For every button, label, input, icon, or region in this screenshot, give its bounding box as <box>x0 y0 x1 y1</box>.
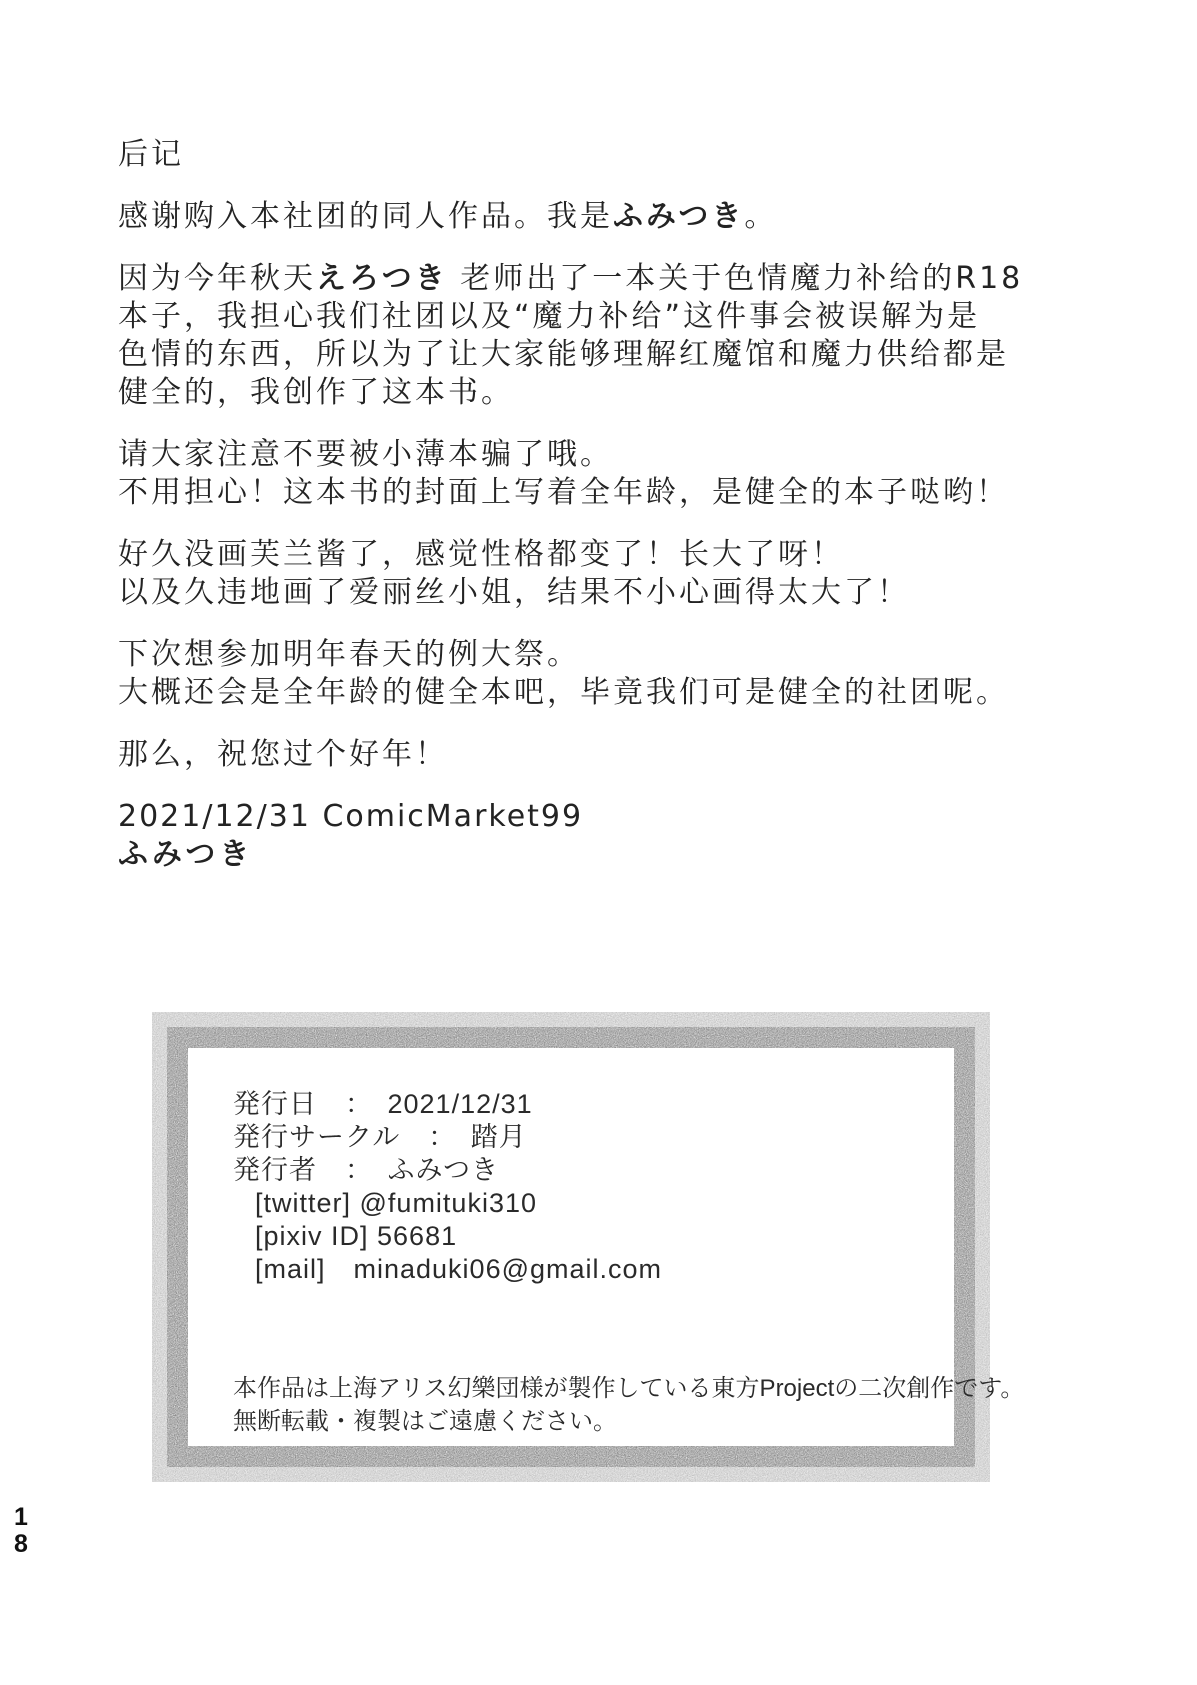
signoff-date-event: 2021/12/31 ComicMarket99 <box>118 798 1038 836</box>
closing-paragraph: 那么，祝您过个好年！ <box>118 736 1038 774</box>
future-paragraph: 下次想参加明年春天的例大祭。 大概还会是全年龄的健全本吧，毕竟我们可是健全的社团… <box>118 636 1038 712</box>
reason-paragraph: 因为今年秋天えろつき 老师出了一本关于色情魔力补给的R18 本子，我担心我们社团… <box>118 260 1038 412</box>
reason-line4: 健全的，我创作了这本书。 <box>118 374 1038 412</box>
future-line2: 大概还会是全年龄的健全本吧，毕竟我们可是健全的社团呢。 <box>118 674 1038 712</box>
colophon-inner-panel: 発行日 ： 2021/12/31 発行サークル ： 踏月 発行者 ： ふみつき … <box>188 1048 954 1446</box>
page-number-digit-1: 1 <box>14 1504 28 1531</box>
circle-row: 発行サークル ： 踏月 <box>233 1121 934 1154</box>
drawing-line1: 好久没画芙兰酱了，感觉性格都变了！长大了呀！ <box>118 536 1038 574</box>
reason-line2: 本子，我担心我们社团以及“魔力补给”这件事会被误解为是 <box>118 298 1038 336</box>
page-title: 后记 <box>118 136 1038 174</box>
signoff-author: ふみつき <box>118 836 1038 874</box>
scanned-afterword-page: 后记 感谢购入本社团的同人作品。我是ふみつき。 因为今年秋天えろつき 老师出了一… <box>0 0 1197 1685</box>
greeting-text: 感谢购入本社团的同人作品。我是 <box>118 199 613 234</box>
reason-line1-pre: 因为今年秋天 <box>118 261 316 296</box>
notice-line1: 请大家注意不要被小薄本骗了哦。 <box>118 436 1038 474</box>
drawing-line2: 以及久违地画了爱丽丝小姐，结果不小心画得太大了！ <box>118 574 1038 612</box>
author-name: ふみつき <box>613 199 744 234</box>
notice-line2: 不用担心！这本书的封面上写着全年龄，是健全的本子哒哟！ <box>118 474 1038 512</box>
drawing-paragraph: 好久没画芙兰酱了，感觉性格都变了！长大了呀！ 以及久违地画了爱丽丝小姐，结果不小… <box>118 536 1038 612</box>
publisher-row: 発行者 ： ふみつき <box>233 1154 934 1187</box>
future-line1: 下次想参加明年春天的例大祭。 <box>118 636 1038 674</box>
disclaimer-line2: 無断転載・複製はご遠慮ください。 <box>233 1405 938 1438</box>
greeting-period: 。 <box>744 199 777 234</box>
mail-row: [mail] minaduki06@gmail.com <box>255 1253 934 1286</box>
notice-paragraph: 请大家注意不要被小薄本骗了哦。 不用担心！这本书的封面上写着全年龄，是健全的本子… <box>118 436 1038 512</box>
copyright-disclaimer: 本作品は上海アリス幻樂団様が製作している東方Projectの二次創作です。 無断… <box>233 1372 938 1438</box>
reason-line3: 色情的东西，所以为了让大家能够理解红魔馆和魔力供给都是 <box>118 336 1038 374</box>
page-number: 1 8 <box>14 1504 28 1558</box>
closing-line: 那么，祝您过个好年！ <box>118 736 1038 774</box>
colophon-box: 発行日 ： 2021/12/31 発行サークル ： 踏月 発行者 ： ふみつき … <box>152 1012 990 1482</box>
erotuki-name: えろつき <box>316 261 448 296</box>
signoff-paragraph: 2021/12/31 ComicMarket99 ふみつき <box>118 798 1038 874</box>
page-number-digit-2: 8 <box>14 1531 28 1558</box>
afterword-text-block: 后记 感谢购入本社团的同人作品。我是ふみつき。 因为今年秋天えろつき 老师出了一… <box>118 136 1038 898</box>
publication-info: 発行日 ： 2021/12/31 発行サークル ： 踏月 発行者 ： ふみつき … <box>233 1088 934 1286</box>
greeting-paragraph: 感谢购入本社团的同人作品。我是ふみつき。 <box>118 198 1038 236</box>
twitter-row: [twitter] @fumituki310 <box>255 1187 934 1220</box>
reason-line1-post: 老师出了一本关于色情魔力补给的R18 <box>448 261 1024 296</box>
pixiv-row: [pixiv ID] 56681 <box>255 1220 934 1253</box>
publish-date-row: 発行日 ： 2021/12/31 <box>233 1088 934 1121</box>
disclaimer-line1: 本作品は上海アリス幻樂団様が製作している東方Projectの二次創作です。 <box>233 1372 938 1405</box>
